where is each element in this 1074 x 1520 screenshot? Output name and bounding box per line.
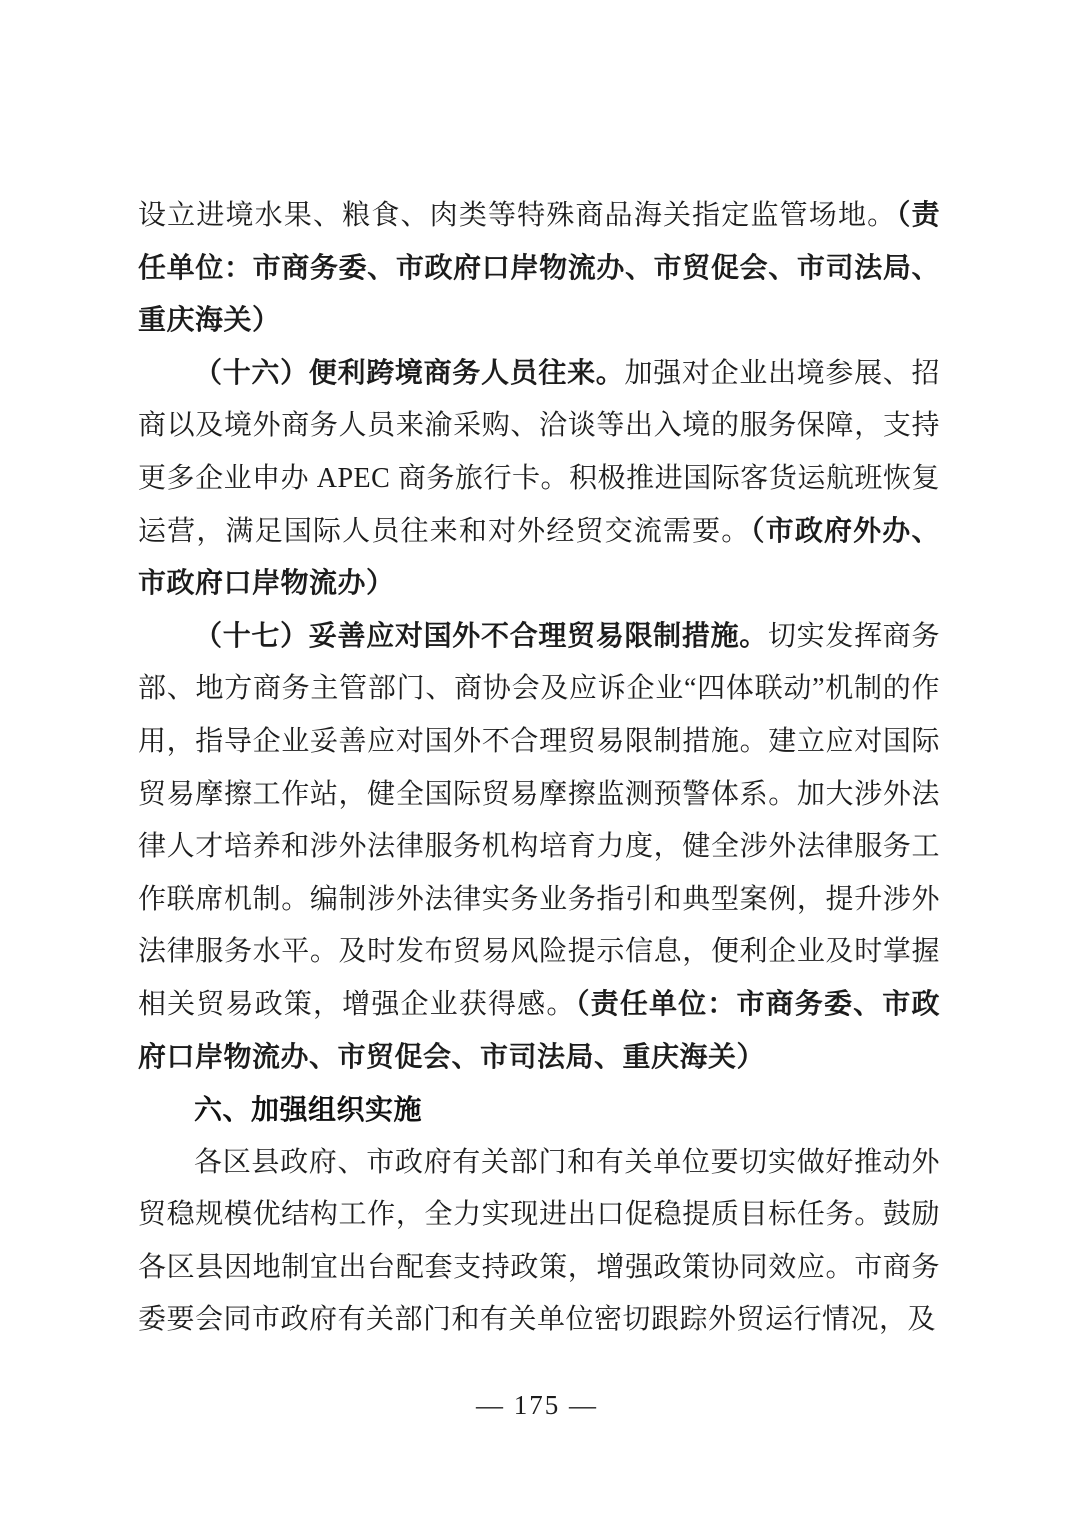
page-footer: — 175 — bbox=[0, 1390, 1074, 1421]
body-paragraph: 设立进境水果、粮食、肉类等特殊商品海关指定监管场地。（责任单位：市商务委、市政府… bbox=[138, 190, 940, 348]
body-paragraph: 各区县政府、市政府有关部门和有关单位要切实做好推动外贸稳规模优结构工作，全力实现… bbox=[138, 1137, 940, 1347]
body-paragraph: （十六）便利跨境商务人员往来。加强对企业出境参展、招商以及境外商务人员来渝采购、… bbox=[138, 348, 940, 611]
text-run-bold-kai: （十七）妥善应对国外不合理贸易限制措施。 bbox=[194, 621, 768, 652]
page-number: — 175 — bbox=[476, 1390, 598, 1421]
text-run-bold-kai: （十六）便利跨境商务人员往来。 bbox=[194, 358, 624, 389]
text-run-normal: 设立进境水果、粮食、肉类等特殊商品海关指定监管场地。 bbox=[138, 200, 896, 231]
body-paragraph: （十七）妥善应对国外不合理贸易限制措施。切实发挥商务部、地方商务主管部门、商协会… bbox=[138, 611, 940, 1084]
text-run-normal: 各区县政府、市政府有关部门和有关单位要切实做好推动外贸稳规模优结构工作，全力实现… bbox=[138, 1147, 940, 1336]
section-heading: 六、加强组织实施 bbox=[138, 1084, 940, 1137]
document-page: 设立进境水果、粮食、肉类等特殊商品海关指定监管场地。（责任单位：市商务委、市政府… bbox=[0, 0, 1074, 1520]
text-run-normal: 切实发挥商务部、地方商务主管部门、商协会及应诉企业“四体联动”机制的作用，指导企… bbox=[138, 621, 940, 1020]
text-run-heading: 六、加强组织实施 bbox=[194, 1094, 422, 1125]
document-body: 设立进境水果、粮食、肉类等特殊商品海关指定监管场地。（责任单位：市商务委、市政府… bbox=[138, 190, 940, 1347]
